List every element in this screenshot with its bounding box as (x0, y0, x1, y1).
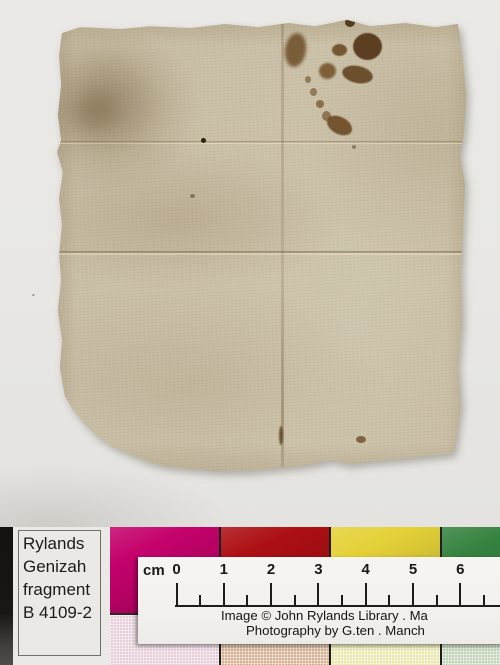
small-brown-dot (190, 194, 195, 198)
ink-stain-elongated-blob (341, 63, 375, 86)
ruler-card: cm 0123456 Image © John Rylands Library … (138, 557, 500, 644)
ruler-number-5: 5 (402, 561, 424, 578)
manuscript-fragment (55, 18, 467, 475)
stain-dot-right (352, 145, 356, 149)
ruler-tick-major (459, 583, 461, 607)
fold-crease-horizontal-2 (55, 251, 467, 255)
ruler-number-6: 6 (449, 561, 471, 578)
ruler-baseline (175, 605, 500, 607)
ink-stain-trail-dot-1 (305, 76, 311, 83)
manuscript-fragment-surface (55, 18, 467, 475)
bottom-brown-spot (356, 436, 366, 443)
ruler-number-4: 4 (355, 561, 377, 578)
ruler-number-2: 2 (260, 561, 282, 578)
bottom-crease-dash (279, 426, 283, 445)
calibration-strip: RylandsGenizahfragmentB 4109-2 cm 012345… (0, 527, 500, 665)
ruler-number-1: 1 (213, 561, 235, 578)
specimen-label-line: B 4109-2 (23, 601, 92, 624)
photo-credit-line-2: Photography by G.ten . Manch (246, 623, 425, 638)
ink-stain-trail-dot-2 (310, 88, 317, 96)
fold-crease-vertical (281, 18, 284, 475)
ruler-tick-major (317, 583, 319, 607)
ruler-number-0: 0 (166, 561, 188, 578)
specimen-label-line: Genizah (23, 555, 92, 578)
ink-stain-vertical-smear (283, 32, 309, 69)
ink-stain-top-edge-dot (345, 18, 355, 27)
ruler-unit-label: cm (143, 562, 165, 579)
photo-background (0, 0, 500, 527)
specimen-label-text: RylandsGenizahfragmentB 4109-2 (23, 532, 92, 624)
specimen-label-line: fragment (23, 578, 92, 601)
ink-stain-trail-dot-3 (316, 100, 324, 108)
ruler-tick-major (270, 583, 272, 607)
ruler-tick-major (176, 583, 178, 607)
ink-stain-small-blob (332, 44, 347, 56)
dust-speck (32, 294, 35, 296)
ink-stain-mid-blob (319, 63, 336, 79)
film-edge-strip (0, 527, 13, 665)
specimen-label: RylandsGenizahfragmentB 4109-2 (13, 527, 110, 665)
ink-stain-large-blob (353, 33, 382, 60)
stain-diffuse-core (63, 84, 123, 139)
specimen-label-line: Rylands (23, 532, 92, 555)
ruler-tick-major (365, 583, 367, 607)
ruler-tick-major (223, 583, 225, 607)
ruler-tick-major (412, 583, 414, 607)
ruler-number-3: 3 (307, 561, 329, 578)
photo-credit-line-1: Image © John Rylands Library . Ma (221, 608, 428, 623)
digitization-photo: RylandsGenizahfragmentB 4109-2 cm 012345… (0, 0, 500, 665)
black-dot (201, 138, 206, 143)
